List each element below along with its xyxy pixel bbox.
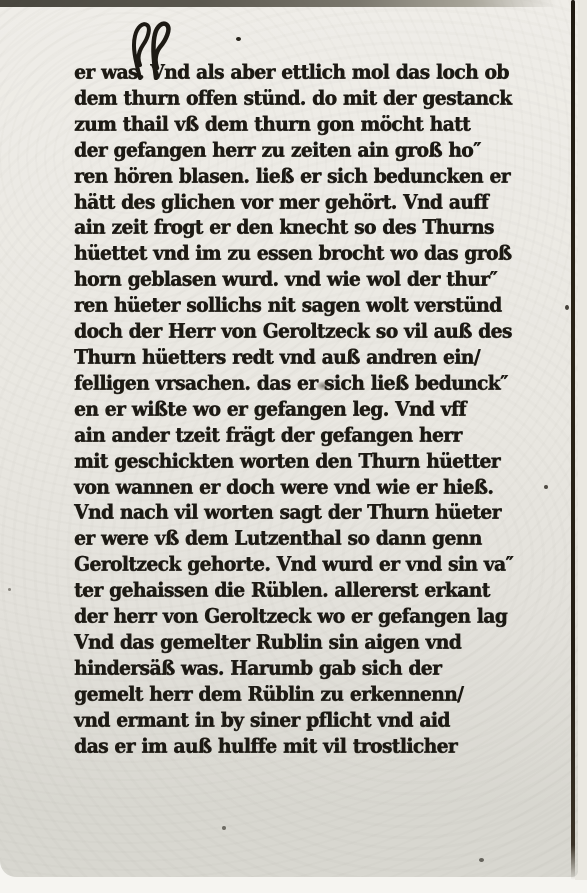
text-line: ain zeit frogt er den knecht so des Thur… — [74, 215, 542, 242]
text-line: der herr von Geroltzeck wo er gefangen l… — [74, 604, 542, 631]
text-line: ren hören blasen. ließ er sich beduncken… — [74, 164, 542, 191]
manuscript-text-block: er was. Vnd als aber ettlich mol das loc… — [74, 60, 542, 759]
text-line: doch der Herr von Geroltzeck so vil auß … — [74, 319, 542, 346]
text-line: von wannen er doch were vnd wie er hieß. — [74, 475, 542, 502]
page-edge-line — [571, 0, 575, 880]
text-line: Vnd nach vil worten sagt der Thurn hüete… — [74, 500, 542, 527]
text-line: dem thurn offen stünd. do mit der gestan… — [74, 86, 542, 113]
page-top-edge-shadow — [0, 0, 574, 7]
text-line: horn geblasen wurd. vnd wie wol der thur… — [74, 267, 542, 294]
text-line: zum thail vß dem thurn gon möcht hatt — [74, 112, 542, 139]
text-line: vnd ermant in by siner pflicht vnd aid — [74, 708, 542, 735]
text-line: hätt des glichen vor mer gehört. Vnd auf… — [74, 190, 542, 217]
text-line: mit geschickten worten den Thurn hüetter — [74, 449, 542, 476]
text-line: Vnd das gemelter Rublin sin aigen vnd — [74, 630, 542, 657]
manuscript-photo: er was. Vnd als aber ettlich mol das loc… — [0, 0, 587, 893]
manuscript-page: er was. Vnd als aber ettlich mol das loc… — [0, 0, 578, 877]
text-line: gemelt herr dem Rüblin zu erkennenn/ — [74, 682, 542, 709]
text-line: ren hüeter sollichs nit sagen wolt verst… — [74, 293, 542, 320]
text-line: ain ander tzeit frägt der gefangen herr — [74, 423, 542, 450]
text-line: das er im auß hulffe mit vil trostlicher — [74, 734, 542, 761]
ink-speck — [544, 485, 548, 489]
text-line: en er wißte wo er gefangen leg. Vnd vff — [74, 397, 542, 424]
text-line: der gefangen herr zu zeiten ain groß ho″ — [74, 138, 542, 165]
ink-speck — [479, 858, 484, 862]
text-line: er was. Vnd als aber ettlich mol das loc… — [74, 60, 542, 87]
ink-speck — [236, 37, 241, 41]
ink-speck — [565, 305, 569, 310]
text-line: er were vß dem Lutzenthal so dann genn — [74, 526, 542, 553]
text-line: Thurn hüetters redt vnd auß andren ein/ — [74, 345, 542, 372]
text-line: ter gehaissen die Rüblen. allererst erka… — [74, 578, 542, 605]
text-line: felligen vrsachen. das er sich ließ bedu… — [74, 371, 542, 398]
ink-speck — [222, 826, 226, 830]
ink-smudge — [316, 381, 330, 391]
text-line: hindersäß was. Harumb gab sich der — [74, 656, 542, 683]
text-line: hüettet vnd im zu essen brocht wo das gr… — [74, 241, 542, 268]
text-line: Geroltzeck gehorte. Vnd wurd er vnd sin … — [74, 552, 542, 579]
ink-speck — [8, 588, 11, 591]
